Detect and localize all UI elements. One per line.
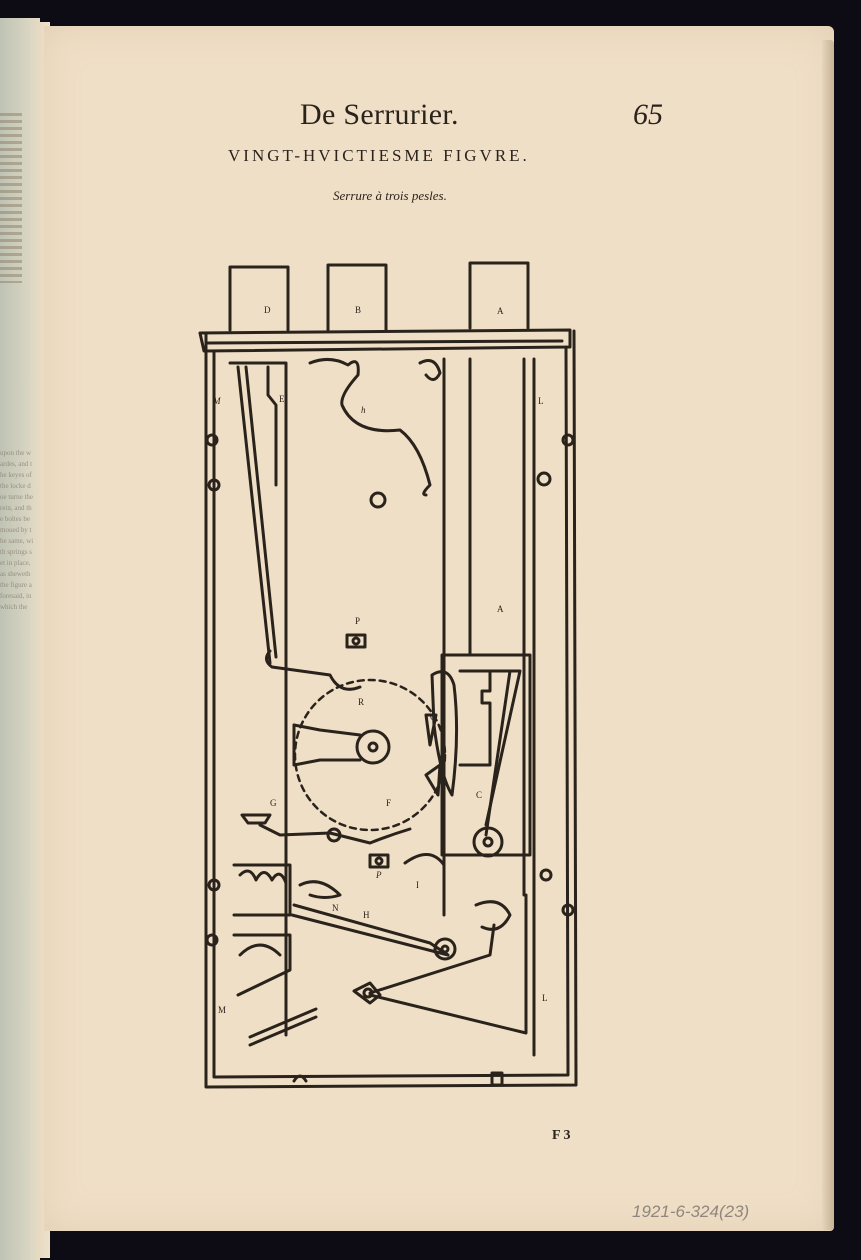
bolt-d-icon bbox=[230, 267, 288, 330]
accession-number: 1921-6-324(23) bbox=[632, 1202, 749, 1222]
signature-mark: F 3 bbox=[552, 1128, 571, 1144]
previous-page-edge: upon the wardes, and the keyes of the lo… bbox=[0, 18, 40, 1260]
bolt-b-icon bbox=[328, 265, 386, 330]
figure-caption: Serrure à trois pesles. bbox=[333, 188, 447, 204]
show-through-text: upon the wardes, and the keyes of the lo… bbox=[0, 448, 34, 613]
show-through-ornament bbox=[0, 113, 22, 283]
fore-edge bbox=[822, 40, 834, 1230]
running-head: De Serrurier. bbox=[300, 98, 459, 132]
lock-case-outline bbox=[206, 331, 576, 1087]
lock-woodcut-figure bbox=[190, 255, 590, 1095]
figure-title: VINGT-HVICTIESME FIGVRE. bbox=[228, 146, 530, 166]
bolt-a-icon bbox=[470, 263, 528, 328]
page-number: 65 bbox=[633, 98, 663, 132]
